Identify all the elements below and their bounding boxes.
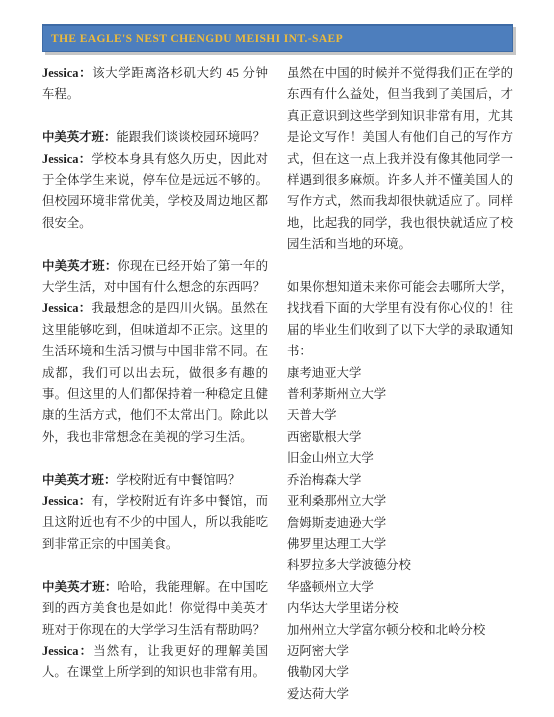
dialogue-turn: Jessica：当然有，让我更好的理解美国人。在课堂上所学到的知识也非常有用。 [42,641,268,684]
dialogue-turn: 中美英才班：能跟我们谈谈校园环境吗？ [42,127,268,148]
dialogue-turn: 中美英才班：哈哈，我能理解。在中国吃到的西方美食也是如此！你觉得中美英才班对于你… [42,577,268,641]
university-item: 华盛顿州立大学 [287,577,513,598]
turn-text: 能跟我们谈谈校园环境吗？ [116,130,265,144]
university-item: 旧金山州立大学 [287,448,513,469]
speaker-label: 中美英才班： [42,580,117,594]
university-item: 亚利桑那州立大学 [287,491,513,512]
header-bar: THE EAGLE'S NEST CHENGDU MEISHI INT.-SAE… [42,24,513,52]
dialogue-turn: Jessica：学校本身具有悠久历史，因此对于全体学生来说，停车位是远远不够的。… [42,149,268,235]
university-item: 爱达荷大学 [287,684,513,705]
right-column: 虽然在中国的时候并不觉得我们正在学的东西有什么益处，但当我到了美国后，才真正意识… [287,63,513,705]
university-item: 普利茅斯州立大学 [287,384,513,405]
university-item: 佛罗里达理工大学 [287,534,513,555]
university-item: 詹姆斯麦迪逊大学 [287,513,513,534]
speaker-label: Jessica： [42,301,91,315]
speaker-label: Jessica： [42,644,93,658]
dialogue-turn: Jessica：该大学距离洛杉矶大约 45 分钟车程。 [42,63,268,106]
university-item: 科罗拉多大学波德分校 [287,555,513,576]
university-item: 迈阿密大学 [287,641,513,662]
university-item: 加州州立大学富尔顿分校和北岭分校 [287,620,513,641]
dialogue-turn: 中美英才班：学校附近有中餐馆吗？ [42,470,268,491]
dialogue-turn: Jessica：有，学校附近有许多中餐馆，而且这附近也有不少的中国人，所以我能吃… [42,491,268,555]
speaker-label: 中美英才班： [42,130,116,144]
speaker-label: Jessica： [42,494,91,508]
page-title: THE EAGLE'S NEST CHENGDU MEISHI INT.-SAE… [51,33,343,45]
turn-text: 我最想念的是四川火锅。虽然在这里能够吃到，但味道却不正宗。这里的生活环境和生活习… [42,301,268,443]
universities-intro-paragraph: 如果你想知道未来你可能会去哪所大学，找找看下面的大学里有没有你心仪的！往届的毕业… [287,277,513,363]
university-item: 内华达大学里诺分校 [287,598,513,619]
university-item: 乔治梅森大学 [287,470,513,491]
left-column: Jessica：该大学距离洛杉矶大约 45 分钟车程。 中美英才班：能跟我们谈谈… [42,63,268,705]
university-list: 康考迪亚大学 普利茅斯州立大学 天普大学 西密歇根大学 旧金山州立大学 乔治梅森… [287,363,513,706]
speaker-label: Jessica： [42,66,92,80]
newsletter-page: THE EAGLE'S NEST CHENGDU MEISHI INT.-SAE… [0,0,554,717]
dialogue-turn: 中美英才班：你现在已经开始了第一年的大学生活，对中国有什么想念的东西吗？ [42,256,268,299]
university-item: 西密歇根大学 [287,427,513,448]
speaker-label: Jessica： [42,152,91,166]
university-item: 俄勒冈大学 [287,662,513,683]
answer-continuation-paragraph: 虽然在中国的时候并不觉得我们正在学的东西有什么益处，但当我到了美国后，才真正意识… [287,63,513,256]
dialogue-turn: Jessica：我最想念的是四川火锅。虽然在这里能够吃到，但味道却不正宗。这里的… [42,298,268,448]
speaker-label: 中美英才班： [42,259,117,273]
two-column-layout: Jessica：该大学距离洛杉矶大约 45 分钟车程。 中美英才班：能跟我们谈谈… [42,63,513,705]
university-item: 康考迪亚大学 [287,363,513,384]
university-item: 天普大学 [287,405,513,426]
turn-text: 学校附近有中餐馆吗？ [116,473,240,487]
speaker-label: 中美英才班： [42,473,116,487]
